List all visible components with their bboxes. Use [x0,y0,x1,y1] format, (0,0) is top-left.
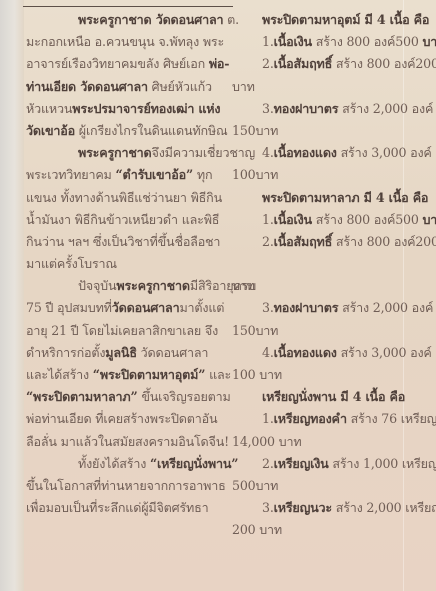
text-run: 3. [262,300,274,315]
text-line: ดำหริการก่อตั้งมูลนิธิ วัดดอนศาลา [26,342,224,364]
bold-text-run: “พระปิดตามหาลาภ” [26,389,138,404]
text-line: เหรียญนั่งพาน มี 4 เนื้อ คือ [232,386,436,408]
bold-text-run: วัดเขาอ้อ [26,123,75,138]
text-run: แขนง ทั้งทางด้านพิธีแช่ว่านยา พิธีกิน [26,190,222,205]
text-run: พระเวทวิทยาคม [26,167,115,182]
text-line: บาท [232,275,436,297]
text-run: 75 ปี อุปสมบทที่ [26,300,112,315]
text-run: ทั้งยังได้สร้าง [78,456,150,471]
text-run: สร้าง 3,000 องค์ [337,145,432,160]
text-line: 100 บาท [232,364,436,386]
bold-text-run: บาท [422,34,436,49]
text-line: ขึ้นในโอกาสที่ท่านหายจากการอาพาธ [26,475,224,497]
bold-text-run: เนื้อเงิน [274,34,312,49]
page-edge-strip [0,0,24,591]
text-line: พระปิดตามหาลาภ มี 4 เนื้อ คือ [232,187,436,209]
text-run: 100บาท [232,167,278,182]
bold-text-run: ทองฝาบาตร [274,300,339,315]
bold-text-run: “พระปิดตามหาอุตม์” [93,367,205,382]
bold-text-run: เหรียญทองคำ [274,411,347,426]
text-line: 150บาท [232,120,436,142]
right-text-column: พระปิดตามหาอุตม์ มี 4 เนื้อ คือ1.เนื้อเง… [232,9,436,542]
text-run: 500บาท [232,478,278,493]
text-line: วัดเขาอ้อ ผู้เกรียงไกรในดินแดนทักษิณ [26,120,224,142]
bold-text-run: บาท [422,212,436,227]
text-run: ขึ้นในโอกาสที่ท่านหายจากการอาพาธ [26,478,226,493]
text-run: อายุ 21 ปี โดยไม่เคยลาสิกขาเลย จึง [26,323,218,338]
text-run: 3. [262,500,274,515]
text-run: 150บาท [232,323,278,338]
text-line: 500บาท [232,475,436,497]
text-line: 75 ปี อุปสมบทที่วัดดอนศาลามาตั้งแต่ [26,297,224,319]
text-run: ทุก [193,167,212,182]
bold-text-run: พระครูกาชาด วัดดอนศาลา [78,12,223,27]
text-line: 3.เหรียญนวะ สร้าง 2,000 เหรียญ [232,497,436,519]
text-run: สร้าง 76 เหรียญ [347,411,436,426]
text-run: น้ำมันงา พิธีกินข้าวเหนียวดำ และพิธี [26,212,219,227]
bold-text-run: เหรียญนั่งพาน มี 4 เนื้อ คือ [262,389,405,404]
text-line: 2.เหรียญเงิน สร้าง 1,000 เหรียญ [232,453,436,475]
bold-text-run: เหรียญเงิน [274,456,329,471]
text-line: 1.เนื้อเงิน สร้าง 800 องค์500 บาท [232,31,436,53]
text-line: พระปิดตามหาอุตม์ มี 4 เนื้อ คือ [232,9,436,31]
text-run: สร้าง 800 องค์200 [332,234,436,249]
text-line: 100บาท [232,164,436,186]
text-run: ผู้เกรียงไกรในดินแดนทักษิณ [75,123,228,138]
text-line: หัวแหวนพระปรมาจารย์ทองเฒ่า แห่ง [26,98,224,120]
text-line: ท่านเอียด วัดดอนศาลา ศิษย์หัวแก้ว [26,76,224,98]
text-line: แขนง ทั้งทางด้านพิธีแช่ว่านยา พิธีกิน [26,187,224,209]
text-run: 1. [262,411,274,426]
text-line: 4.เนื้อทองแดง สร้าง 3,000 องค์ [232,342,436,364]
bold-text-run: “ตำรับเขาอ้อ” [115,167,193,182]
bold-text-run: วัดดอนศาลา [112,300,180,315]
text-line: 14,000 บาท [232,431,436,453]
bold-text-run: เหรียญนวะ [274,500,332,515]
text-line: มาแต่ครั้งโบราณ [26,253,224,275]
text-line: อาจารย์เรืองวิทยาคมขลัง ศิษย์เอก พ่อ- [26,53,224,75]
bold-text-run: “เหรียญนั่งพาน” [150,456,238,471]
top-divider-rule [23,6,233,7]
text-line: 3.ทองฝาบาตร สร้าง 2,000 องค์ [232,98,436,120]
text-run: บาท [232,79,255,94]
newspaper-clipping: พระครูกาชาด วัดดอนศาลา ต.มะกอกเหนือ อ.คว… [0,0,436,591]
text-run: วัดดอนศาลา [137,345,208,360]
text-line: 2.เนื้อสัมฤทธิ์ สร้าง 800 องค์200 [232,53,436,75]
text-run: 2. [262,56,274,71]
text-run: 2. [262,234,274,249]
text-line: พ่อท่านเอียด ที่เคยสร้างพระปิดตาอัน [26,408,224,430]
text-run: มาแต่ครั้งโบราณ [26,256,117,271]
bold-text-run: เนื้อสัมฤทธิ์ [274,56,332,71]
text-line: กินว่าน ฯลฯ ซึ่งเป็นวิชาที่ขึ้นชื่อลือชา [26,231,224,253]
text-run: สร้าง 800 องค์500 [312,212,423,227]
text-run: อาจารย์เรืองวิทยาคมขลัง ศิษย์เอก [26,56,209,71]
text-run: ศิษย์หัวแก้ว [148,79,212,94]
text-run: และ [205,367,231,382]
text-line: “พระปิดตามหาลาภ” ขึ้นเจริญรอยตาม [26,386,224,408]
text-line: อายุ 21 ปี โดยไม่เคยลาสิกขาเลย จึง [26,320,224,342]
text-line: ลือลั่น มาแล้วในสมัยสงครามอินโดจีน! [26,431,224,453]
text-run: ปัจจุบัน [78,278,116,293]
text-line: 1.เนื้อเงิน สร้าง 800 องค์500 บาท [232,209,436,231]
bold-text-run: พระปิดตามหาลาภ มี 4 เนื้อ คือ [262,190,428,205]
text-line: มะกอกเหนือ อ.ควนขนุน จ.พัทลุง พระ [26,31,224,53]
text-line [232,253,436,275]
bold-text-run: พ่อ- [209,56,230,71]
left-text-column: พระครูกาชาด วัดดอนศาลา ต.มะกอกเหนือ อ.คว… [26,9,224,519]
bold-text-run: พระปิดตามหาอุตม์ มี 4 เนื้อ คือ [262,12,429,27]
text-run: 2. [262,456,274,471]
text-run: 4. [262,145,274,160]
bold-text-run: ท่านเอียด วัดดอนศาลา [26,79,148,94]
text-run: และได้สร้าง [26,367,93,382]
bold-text-run: มูลนิธิ [105,345,137,360]
text-run: 150บาท [232,123,278,138]
bold-text-run: พระครูกาชาด [78,145,152,160]
text-run: 4. [262,345,274,360]
text-line: ทั้งยังได้สร้าง “เหรียญนั่งพาน” [26,453,224,475]
text-run: สร้าง 2,000 เหรียญ [332,500,436,515]
text-run: กินว่าน ฯลฯ ซึ่งเป็นวิชาที่ขึ้นชื่อลือชา [26,234,220,249]
text-run: มะกอกเหนือ อ.ควนขนุน จ.พัทลุง พระ [26,34,224,49]
text-run: 100 บาท [232,367,282,382]
text-line: พระครูกาชาดจึงมีความเชี่ยวชาญ [26,142,224,164]
text-run: 200 บาท [232,522,282,537]
text-run: ขึ้นเจริญรอยตาม [138,389,231,404]
bold-text-run: พระครูกาชาด [116,278,190,293]
bold-text-run: เนื้อทองแดง [274,345,337,360]
text-line: 150บาท [232,320,436,342]
text-run: เพื่อมอบเป็นที่ระลึกแด่ผู้มีจิตศรัทธา [26,500,208,515]
text-run: 1. [262,212,274,227]
bold-text-run: พระปรมาจารย์ทองเฒ่า แห่ง [72,101,220,116]
text-run: สร้าง 1,000 เหรียญ [329,456,436,471]
text-run: บาท [232,278,255,293]
text-line: 4.เนื้อทองแดง สร้าง 3,000 องค์ [232,142,436,164]
text-line: พระเวทวิทยาคม “ตำรับเขาอ้อ” ทุก [26,164,224,186]
text-run: สร้าง 3,000 องค์ [337,345,432,360]
text-run: 14,000 บาท [232,434,301,449]
text-run: หัวแหวน [26,101,72,116]
bold-text-run: เนื้อเงิน [274,212,312,227]
text-run: มาตั้งแต่ [179,300,224,315]
text-line: 200 บาท [232,519,436,541]
bold-text-run: เนื้อทองแดง [274,145,337,160]
text-line: บาท [232,76,436,98]
bold-text-run: ทองฝาบาตร [274,101,339,116]
text-run: 3. [262,101,274,116]
text-run: สร้าง 800 องค์200 [332,56,436,71]
text-line: 3.ทองฝาบาตร สร้าง 2,000 องค์ [232,297,436,319]
text-run: 1. [262,34,274,49]
text-run: ลือลั่น มาแล้วในสมัยสงครามอินโดจีน! [26,434,229,449]
text-run: สร้าง 2,000 องค์ [338,300,433,315]
bold-text-run: เนื้อสัมฤทธิ์ [274,234,332,249]
text-run: ดำหริการก่อตั้ง [26,345,105,360]
text-line: และได้สร้าง “พระปิดตามหาอุตม์” และ [26,364,224,386]
text-line: ปัจจุบันพระครูกาชาดมีสิริอายุครบ [26,275,224,297]
text-line: เพื่อมอบเป็นที่ระลึกแด่ผู้มีจิตศรัทธา [26,497,224,519]
text-run: สร้าง 800 องค์500 [312,34,423,49]
text-line: น้ำมันงา พิธีกินข้าวเหนียวดำ และพิธี [26,209,224,231]
text-run: พ่อท่านเอียด ที่เคยสร้างพระปิดตาอัน [26,411,217,426]
text-run: สร้าง 2,000 องค์ [338,101,433,116]
text-line: พระครูกาชาด วัดดอนศาลา ต. [26,9,224,31]
text-line: 2.เนื้อสัมฤทธิ์ สร้าง 800 องค์200 [232,231,436,253]
text-line: 1.เหรียญทองคำ สร้าง 76 เหรียญ [232,408,436,430]
